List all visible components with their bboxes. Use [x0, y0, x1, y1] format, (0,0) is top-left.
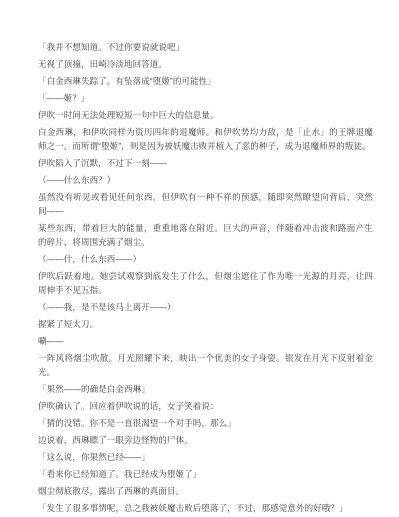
narration-line: 边说着，西琳瞟了一眼旁边怪物的尸体。 — [38, 433, 373, 447]
narration-line: 伊吹确认了。回应着伊吹说的话，女子笑着说： — [38, 399, 373, 413]
narration-line: 伊吹一时间无法处理短短一句中巨大的信息量。 — [38, 108, 373, 122]
text-content: 「我并不想知道。不过你要说就说吧」 无视了顶撞，田崎冷淡地回答道。 「白金西琳失… — [38, 40, 373, 515]
dialogue-line: 「这么说，你果然已经——」 — [38, 450, 373, 464]
dialogue-line: 「发生了很多事情呢，总之我被妖魔击败后堕落了，不过，那感觉意外的好哦？」 — [38, 501, 373, 515]
narration-line: 伊吹后跃着地。她尝试观察到底发生了什么，但烟尘遮住了作为唯一光源的月亮，让四周伸… — [38, 269, 373, 297]
reader-page[interactable]: 「我并不想知道。不过你要说就说吧」 无视了顶撞，田崎冷淡地回答道。 「白金西琳失… — [0, 0, 399, 517]
dialogue-line: 「果然——的确是白金西琳」 — [38, 382, 373, 396]
dialogue-line: 「猜的没错。你不是一直很渴望一个对手吗，那么」 — [38, 416, 373, 430]
narration-line: 无视了顶撞，田崎冷淡地回答道。 — [38, 57, 373, 71]
narration-line: 某些东西，带着巨大的能量，重重地落在附近。巨大的声音，伴随着冲击波和路面产生的碎… — [38, 221, 373, 249]
narration-line: 虽然没有听见或看见任何东西，但伊吹有一种不祥的预感，随即突然瞭望向背后，突然间—… — [38, 190, 373, 218]
thought-line: （——我，是不是该马上离开——） — [38, 300, 373, 314]
thought-line: （——什，什么东西——） — [38, 252, 373, 266]
narration-line: 烟尘彻底散尽，露出了西琳的真面目。 — [38, 484, 373, 498]
dialogue-line: 「白金西琳失踪了。有坠落成“堕姬”的可能性」 — [38, 74, 373, 88]
dialogue-line: 「我并不想知道。不过你要说就说吧」 — [38, 40, 373, 54]
narration-line: 伊吹陷入了沉默，不过下一刻—— — [38, 156, 373, 170]
thought-line: （——什么东西？） — [38, 173, 373, 187]
narration-line: 白金西琳，和伊吹同样为资历四年的退魔师。和伊吹势均力敌，是「止水」的王牌退魔师之… — [38, 125, 373, 153]
dialogue-line: 「看来你已经知道了。我已经成为堕姬了」 — [38, 467, 373, 481]
dialogue-line: 「——姬？」 — [38, 91, 373, 105]
narration-line: 握紧了短太刀。 — [38, 317, 373, 331]
sfx-line: 唰—— — [38, 334, 373, 348]
narration-line: 一阵风将烟尘吹散。月光照耀下来，映出一个优美的女子身姿。银发在月光下反射着金光。 — [38, 351, 373, 379]
